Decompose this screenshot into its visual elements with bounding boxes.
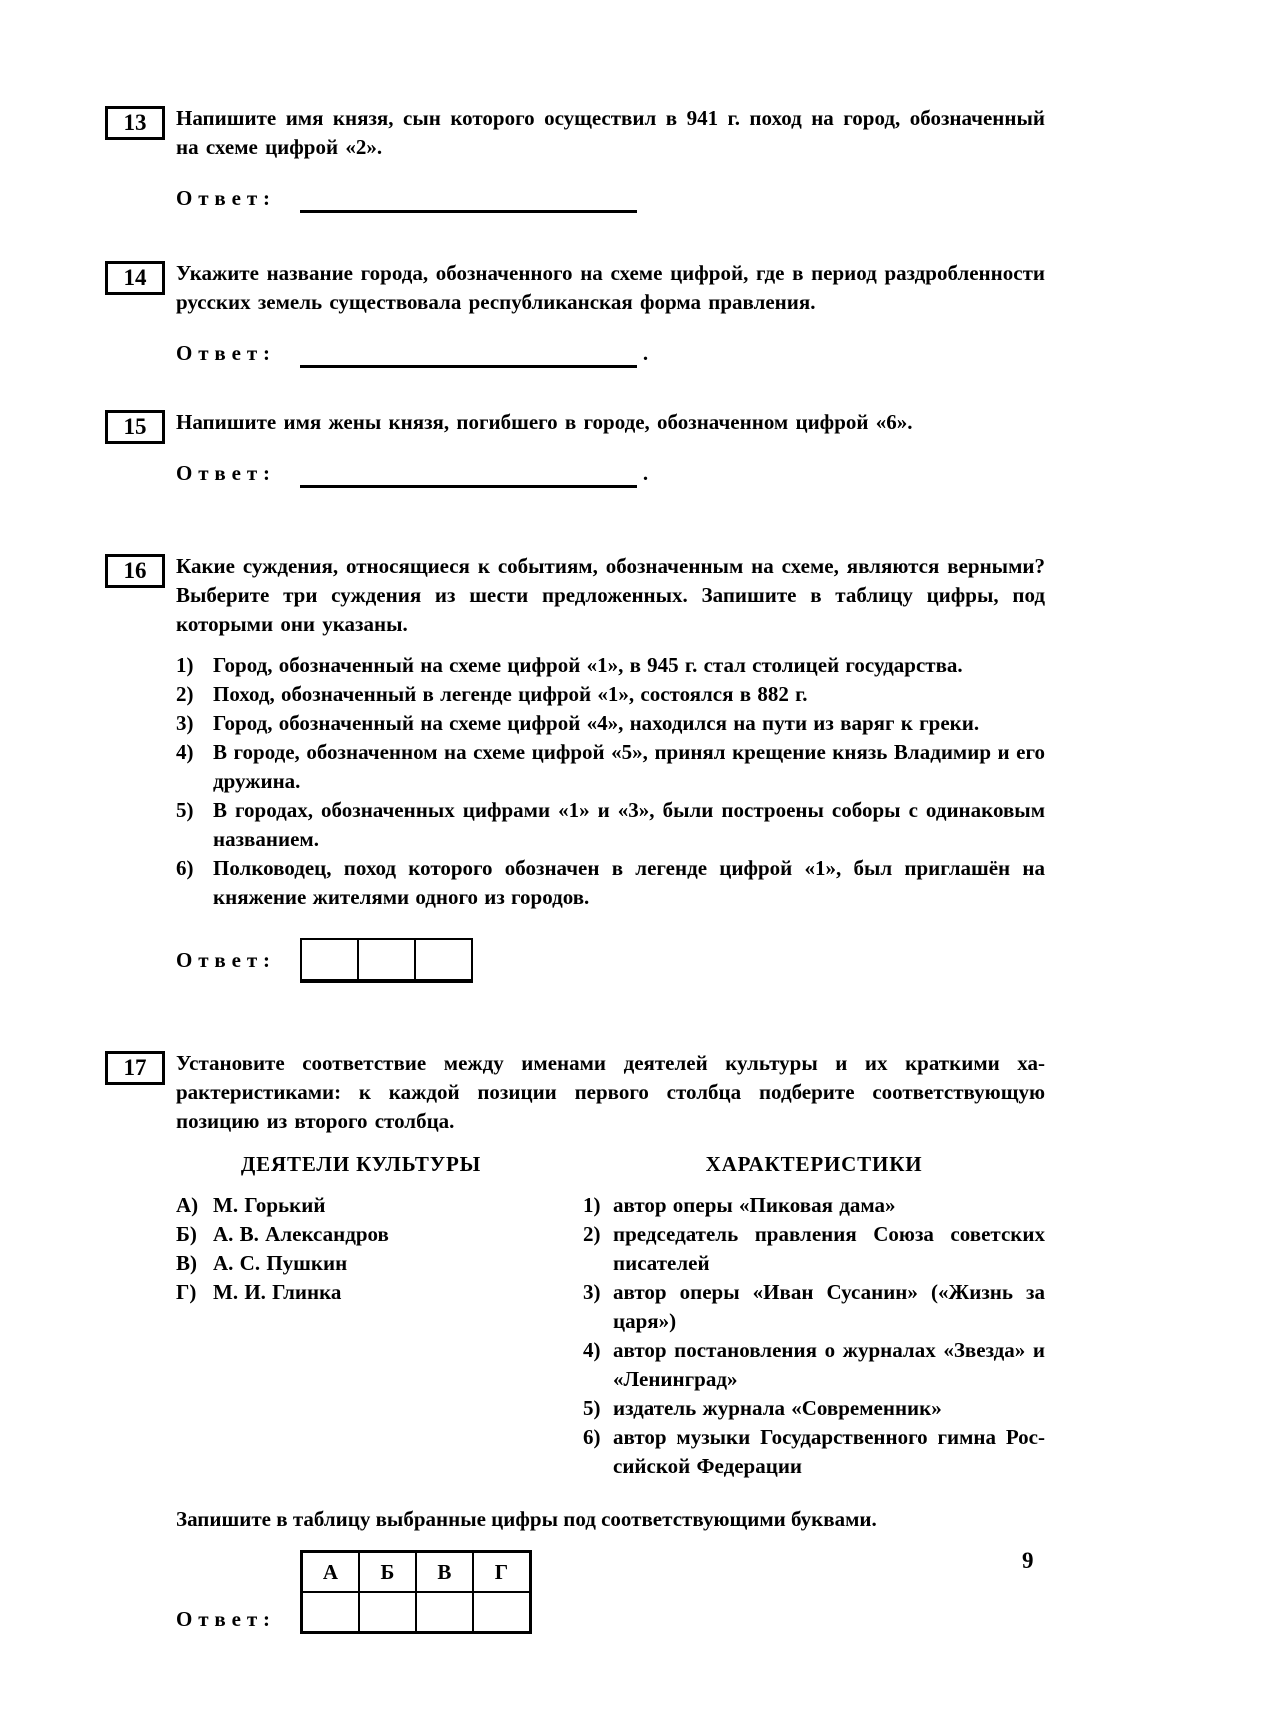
question-16-answer-row: Ответ: bbox=[176, 938, 1045, 983]
question-16-number-box: 16 bbox=[105, 554, 165, 588]
answer-table-input-row bbox=[301, 1592, 530, 1633]
question-14-number-column: 14 bbox=[105, 259, 176, 368]
answer-cell-a[interactable] bbox=[301, 1592, 359, 1633]
answer-table-header-a: А bbox=[301, 1552, 359, 1593]
question-14-number-box: 14 bbox=[105, 261, 165, 295]
answer-cells bbox=[300, 938, 473, 983]
characteristic-4: 4) автор постановления о журналах «Звезд… bbox=[583, 1336, 1045, 1394]
characteristic-text: автор постановления о журналах «Звезда» … bbox=[613, 1336, 1045, 1394]
option-3: 3) Город, обозначенный на схеме цифрой «… bbox=[176, 709, 1045, 738]
question-16-body: Какие суждения, относящиеся к событиям, … bbox=[176, 552, 1045, 983]
answer-cell-3[interactable] bbox=[416, 940, 471, 979]
characteristic-text: автор музыки Государственного гимна Рос­… bbox=[613, 1423, 1045, 1481]
figure-v: В) А. С. Пушкин bbox=[176, 1249, 546, 1278]
answer-cell-b[interactable] bbox=[359, 1592, 416, 1633]
figure-a: А) М. Горький bbox=[176, 1191, 546, 1220]
option-5: 5) В городах, обозначенных цифрами «1» и… bbox=[176, 796, 1045, 854]
question-14: 14 Укажите название города, обозначенног… bbox=[105, 259, 1045, 368]
option-marker: 3) bbox=[176, 709, 213, 738]
answer-table-header-row: А Б В Г bbox=[301, 1552, 530, 1593]
answer-cell-1[interactable] bbox=[302, 940, 359, 979]
answer-label: Ответ: bbox=[176, 461, 276, 485]
question-17: 17 Установите соответствие между именами… bbox=[105, 1049, 1045, 1634]
question-13-number-box: 13 bbox=[105, 106, 165, 140]
answer-blank[interactable] bbox=[300, 465, 637, 488]
answer-label: Ответ: bbox=[176, 341, 276, 365]
question-14-body: Укажите название города, обозначенного н… bbox=[176, 259, 1045, 368]
question-16-options: 1) Город, обозначенный на схеме цифрой «… bbox=[176, 651, 1045, 912]
option-marker: 4) bbox=[176, 738, 213, 796]
characteristic-text: издатель журнала «Современник» bbox=[613, 1394, 1045, 1423]
option-marker: 2) bbox=[176, 680, 213, 709]
option-4: 4) В городе, обозначенном на схеме цифро… bbox=[176, 738, 1045, 796]
option-2: 2) Поход, обозначенный в легенде цифрой … bbox=[176, 680, 1045, 709]
question-15-answer-row: Ответ:. bbox=[176, 459, 1045, 488]
question-14-text: Укажите название города, обозначенного н… bbox=[176, 259, 1045, 317]
answer-table-header-v: В bbox=[416, 1552, 473, 1593]
answer-cell-v[interactable] bbox=[416, 1592, 473, 1633]
option-text: Полководец, поход которого обозначен в л… bbox=[213, 854, 1045, 912]
question-15-body: Напишите имя жены князя, погибшего в гор… bbox=[176, 408, 1045, 488]
option-text: В городе, обозначенном на схеме цифрой «… bbox=[213, 738, 1045, 796]
answer-cell-2[interactable] bbox=[359, 940, 416, 979]
figure-text: М. Горький bbox=[213, 1191, 546, 1220]
question-17-answer-row: Ответ: А Б В Г bbox=[176, 1550, 1045, 1634]
option-marker: 6) bbox=[176, 854, 213, 912]
answer-cell-g[interactable] bbox=[473, 1592, 531, 1633]
characteristic-text: автор оперы «Иван Сусанин» («Жизнь за ца… bbox=[613, 1278, 1045, 1336]
answer-table-header-b: Б bbox=[359, 1552, 416, 1593]
column-figures-header: ДЕЯТЕЛИ КУЛЬТУРЫ bbox=[176, 1150, 546, 1179]
answer-blank[interactable] bbox=[300, 345, 637, 368]
characteristic-6: 6) автор музыки Государственного гимна Р… bbox=[583, 1423, 1045, 1481]
option-text: В городах, обозначенных цифрами «1» и «3… bbox=[213, 796, 1045, 854]
characteristic-marker: 2) bbox=[583, 1220, 613, 1278]
figure-marker: В) bbox=[176, 1249, 213, 1278]
characteristic-marker: 3) bbox=[583, 1278, 613, 1336]
column-figures: ДЕЯТЕЛИ КУЛЬТУРЫ А) М. Горький Б) А. В. … bbox=[176, 1150, 546, 1481]
question-15-number-box: 15 bbox=[105, 410, 165, 444]
question-13: 13 Напишите имя князя, сын которого осущ… bbox=[105, 104, 1045, 213]
answer-period: . bbox=[643, 461, 648, 485]
option-6: 6) Полководец, поход которого обозначен … bbox=[176, 854, 1045, 912]
answer-period: . bbox=[643, 341, 648, 365]
characteristic-text: председатель правления Союза советских п… bbox=[613, 1220, 1045, 1278]
figure-text: А. В. Александров bbox=[213, 1220, 546, 1249]
exam-page: 13 Напишите имя князя, сын которого осущ… bbox=[0, 0, 1270, 1713]
figure-text: М. И. Глинка bbox=[213, 1278, 546, 1307]
characteristic-3: 3) автор оперы «Иван Сусанин» («Жизнь за… bbox=[583, 1278, 1045, 1336]
question-17-columns: ДЕЯТЕЛИ КУЛЬТУРЫ А) М. Горький Б) А. В. … bbox=[176, 1150, 1045, 1481]
page-number: 9 bbox=[1022, 1546, 1034, 1575]
question-17-footer: Запишите в таблицу выбранные цифры под с… bbox=[176, 1505, 1045, 1534]
answer-table: А Б В Г bbox=[300, 1550, 532, 1634]
figure-text: А. С. Пушкин bbox=[213, 1249, 546, 1278]
question-17-body: Установите соответствие между именами де… bbox=[176, 1049, 1045, 1634]
question-16-number-column: 16 bbox=[105, 552, 176, 983]
question-15-text: Напишите имя жены князя, погибшего в гор… bbox=[176, 408, 1045, 437]
characteristic-marker: 4) bbox=[583, 1336, 613, 1394]
option-marker: 1) bbox=[176, 651, 213, 680]
question-13-number-column: 13 bbox=[105, 104, 176, 213]
characteristic-1: 1) автор оперы «Пиковая дама» bbox=[583, 1191, 1045, 1220]
characteristic-text: автор оперы «Пиковая дама» bbox=[613, 1191, 1045, 1220]
question-17-number-column: 17 bbox=[105, 1049, 176, 1634]
characteristic-marker: 6) bbox=[583, 1423, 613, 1481]
figure-marker: А) bbox=[176, 1191, 213, 1220]
figure-b: Б) А. В. Александров bbox=[176, 1220, 546, 1249]
characteristic-marker: 1) bbox=[583, 1191, 613, 1220]
figure-g: Г) М. И. Глинка bbox=[176, 1278, 546, 1307]
question-15-number-column: 15 bbox=[105, 408, 176, 488]
option-1: 1) Город, обозначенный на схеме цифрой «… bbox=[176, 651, 1045, 680]
question-13-answer-row: Ответ: bbox=[176, 184, 1045, 213]
option-text: Город, обозначенный на схеме цифрой «4»,… bbox=[213, 709, 1045, 738]
question-17-text: Установите соответствие между именами де… bbox=[176, 1049, 1045, 1136]
characteristic-marker: 5) bbox=[583, 1394, 613, 1423]
answer-table-header-g: Г bbox=[473, 1552, 531, 1593]
characteristic-5: 5) издатель журнала «Современник» bbox=[583, 1394, 1045, 1423]
characteristic-2: 2) председатель правления Союза советски… bbox=[583, 1220, 1045, 1278]
option-marker: 5) bbox=[176, 796, 213, 854]
question-16: 16 Какие суждения, относящиеся к события… bbox=[105, 552, 1045, 983]
question-13-text: Напишите имя князя, сын которого осущест… bbox=[176, 104, 1045, 162]
answer-label: Ответ: bbox=[176, 186, 276, 210]
answer-label: Ответ: bbox=[176, 946, 276, 975]
question-13-body: Напишите имя князя, сын которого осущест… bbox=[176, 104, 1045, 213]
question-16-text: Какие суждения, относящиеся к событиям, … bbox=[176, 552, 1045, 639]
answer-label: Ответ: bbox=[176, 1605, 276, 1634]
figure-marker: Г) bbox=[176, 1278, 213, 1307]
question-15: 15 Напишите имя жены князя, погибшего в … bbox=[105, 408, 1045, 488]
option-text: Город, обозначенный на схеме цифрой «1»,… bbox=[213, 651, 1045, 680]
question-17-number-box: 17 bbox=[105, 1051, 165, 1085]
answer-blank[interactable] bbox=[300, 190, 637, 213]
column-characteristics-header: ХАРАКТЕРИСТИКИ bbox=[583, 1150, 1045, 1179]
figure-marker: Б) bbox=[176, 1220, 213, 1249]
option-text: Поход, обозначенный в легенде цифрой «1»… bbox=[213, 680, 1045, 709]
question-14-answer-row: Ответ:. bbox=[176, 339, 1045, 368]
column-characteristics: ХАРАКТЕРИСТИКИ 1) автор оперы «Пиковая д… bbox=[583, 1150, 1045, 1481]
